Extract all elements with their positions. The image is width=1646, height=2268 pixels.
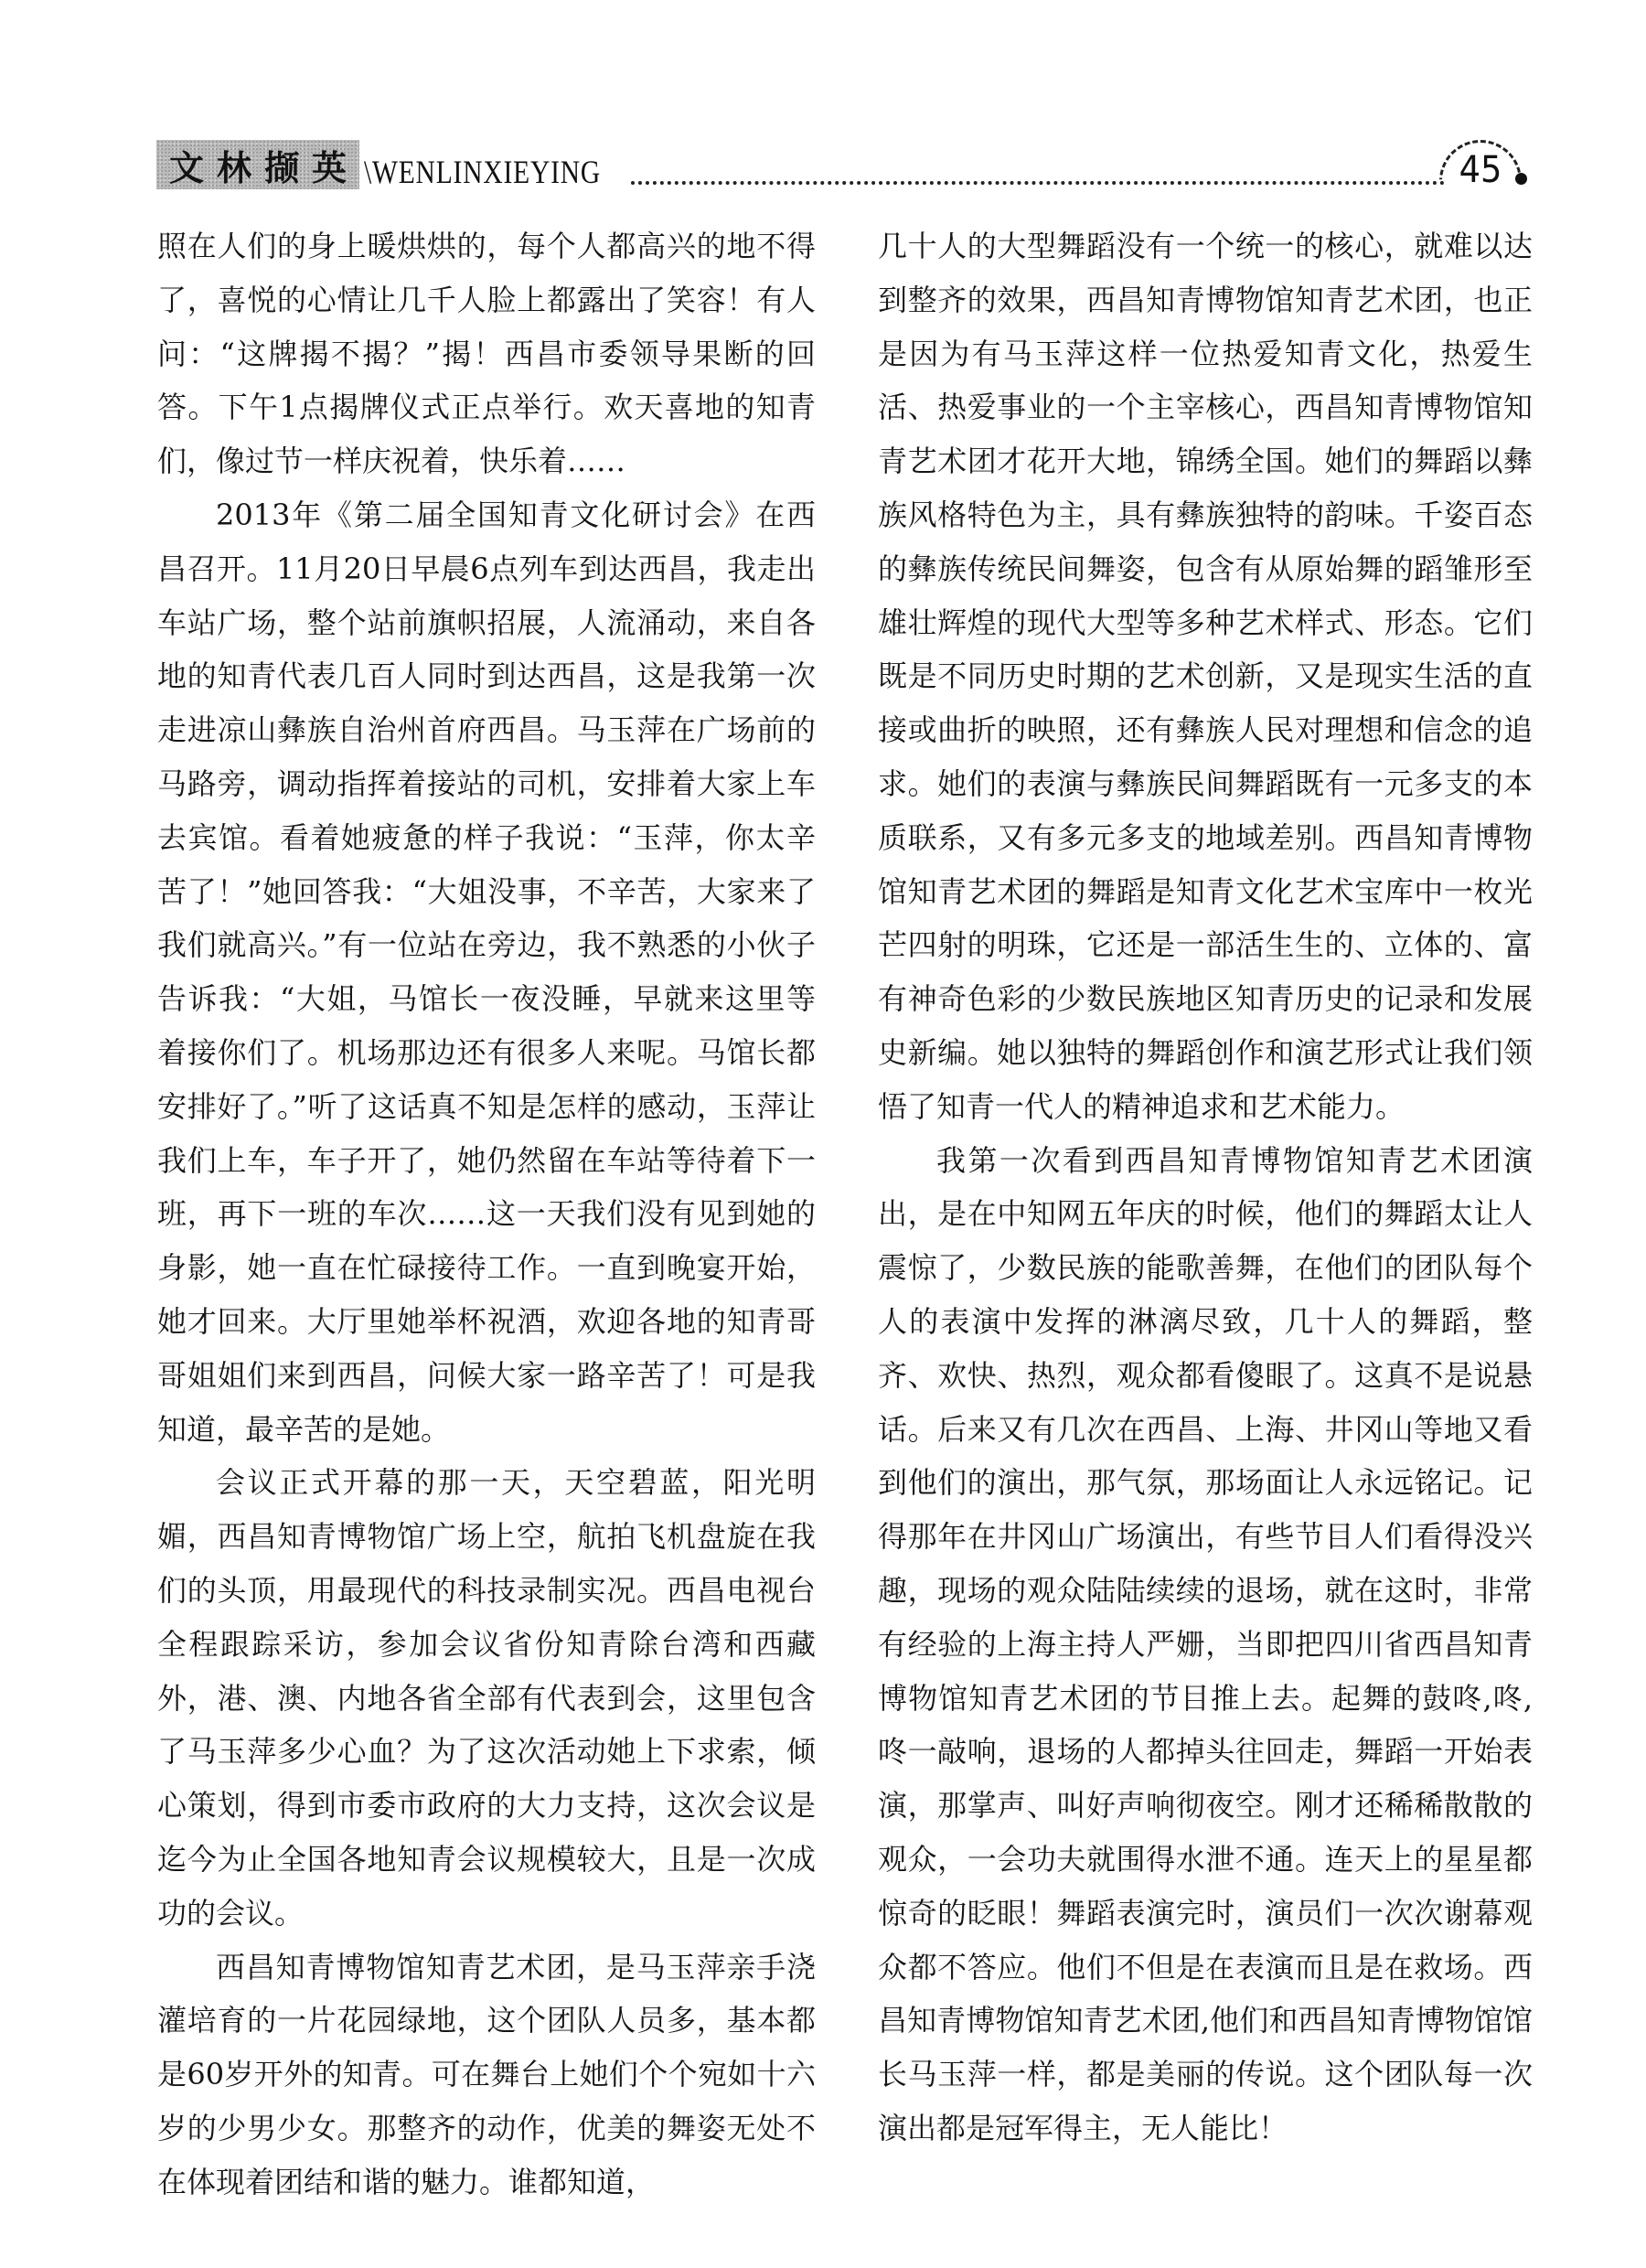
paragraph: 我第一次看到西昌知青博物馆知青艺术团演出，是在中知网五年庆的时候，他们的舞蹈太让…	[878, 1134, 1533, 2156]
section-title-box: 文林撷英	[156, 140, 359, 189]
paragraph: 西昌知青博物馆知青艺术团，是马玉萍亲手浇灌培育的一片花园绿地，这个团队人员多，基…	[157, 1941, 816, 2209]
header-dotted-rule	[631, 181, 1445, 185]
paragraph: 2013年《第二届全国知青文化研讨会》在西昌召开。11月20日早晨6点列车到达西…	[157, 488, 816, 1456]
paragraph: 照在人们的身上暖烘烘的，每个人都高兴的地不得了，喜悦的心情让几千人脸上都露出了笑…	[157, 219, 816, 488]
page-number-dot-icon	[1515, 173, 1527, 185]
section-title: 文林撷英	[169, 140, 359, 190]
article-column-left: 照在人们的身上暖烘烘的，每个人都高兴的地不得了，喜悦的心情让几千人脸上都露出了笑…	[157, 219, 816, 2209]
paragraph: 会议正式开幕的那一天，天空碧蓝，阳光明媚，西昌知青博物馆广场上空，航拍飞机盘旋在…	[157, 1456, 816, 1940]
article-column-right: 几十人的大型舞蹈没有一个统一的核心，就难以达到整齐的效果，西昌知青博物馆知青艺术…	[878, 219, 1533, 2156]
section-latin-title: \WENLINXIEYING	[364, 154, 601, 190]
page-number: 45	[1454, 152, 1506, 188]
running-header: 文林撷英 \WENLINXIEYING 45	[0, 0, 1646, 210]
paragraph: 几十人的大型舞蹈没有一个统一的核心，就难以达到整齐的效果，西昌知青博物馆知青艺术…	[878, 219, 1533, 1134]
